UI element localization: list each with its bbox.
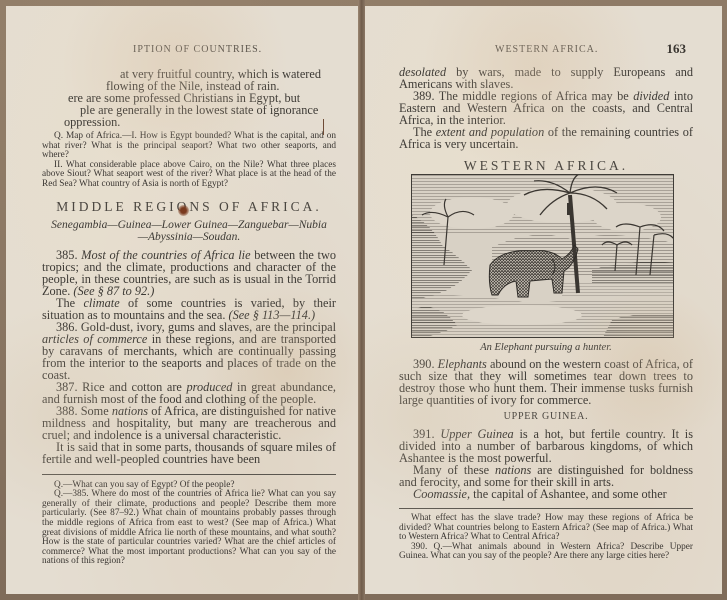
opening-line-5: oppression. [42,116,336,128]
map-question-2: II. What considerable place above Cairo,… [42,161,336,190]
ink-stain [178,205,189,216]
pencil-mark [323,119,325,135]
question-385: Q.—385. Where do most of the countries o… [42,490,336,567]
question-slave-trade: What effect has the slave trade? How may… [399,514,693,543]
paragraph-coomassie: Coomassie, the capital of Ashantee, and … [399,488,693,500]
paragraph-climate: The climate of some countries is varied,… [42,297,336,321]
paragraph-continued: desolated by wars, made to supply Europe… [399,66,693,90]
subdivisions-list: Senegambia—Guinea—Lower Guinea—Zanguebar… [42,219,336,243]
right-footer-questions: What effect has the slave trade? How may… [399,514,693,562]
right-running-head: WESTERN AFRICA. [495,44,598,55]
paragraph-extent: The extent and population of the remaini… [399,126,693,150]
paragraph-nations: Many of these nations are distinguished … [399,464,693,488]
left-page: IPTION OF COUNTRIES. at very fruitful co… [6,6,358,594]
section-title-upper-guinea: UPPER GUINEA. [399,411,693,423]
right-page-body-bottom: 390. Elephants abound on the western coa… [399,358,693,562]
book-gutter [358,0,365,600]
paragraph-391: 391. Upper Guinea is a hot, but fertile … [399,428,693,464]
left-running-head: IPTION OF COUNTRIES. [133,44,262,55]
map-question-1: Q. Map of Africa.—I. How is Egypt bounde… [42,132,336,161]
paragraph-390: 390. Elephants abound on the western coa… [399,358,693,406]
elephant-engraving [411,174,674,338]
left-footer-questions: Q.—What can you say of Egypt? Of the peo… [42,481,336,567]
elephant-illustration-icon [412,175,674,338]
section-title-middle-regions: MIDDLE REGIONS OF AFRICA. [42,201,336,213]
question-390: 390. Q.—What animals abound in Western A… [399,543,693,562]
map-questions: Q. Map of Africa.—I. How is Egypt bounde… [42,132,336,190]
paragraph-said: It is said that in some parts, thousands… [42,441,336,465]
footer-rule [399,508,693,509]
paragraph-387: 387. Rice and cotton are produced in gre… [42,381,336,405]
right-page-body-top: desolated by wars, made to supply Europe… [399,66,693,172]
paragraph-386: 386. Gold-dust, ivory, gums and slaves, … [42,321,336,381]
section-title-western-africa: WESTERN AFRICA. [399,160,693,172]
emphasis: Coomassie, [413,487,470,501]
figure-caption: An Elephant pursuing a hunter. [399,342,693,353]
footer-rule [42,474,336,475]
paragraph-388: 388. Some nations of Africa, are disting… [42,405,336,441]
left-page-body: at very fruitful country, which is water… [42,68,336,567]
paragraph-385: 385. Most of the countries of Africa lie… [42,249,336,297]
right-page: WESTERN AFRICA. 163 desolated by wars, m… [365,6,722,594]
page-number: 163 [667,41,687,57]
paragraph-389: 389. The middle regions of Africa may be… [399,90,693,126]
